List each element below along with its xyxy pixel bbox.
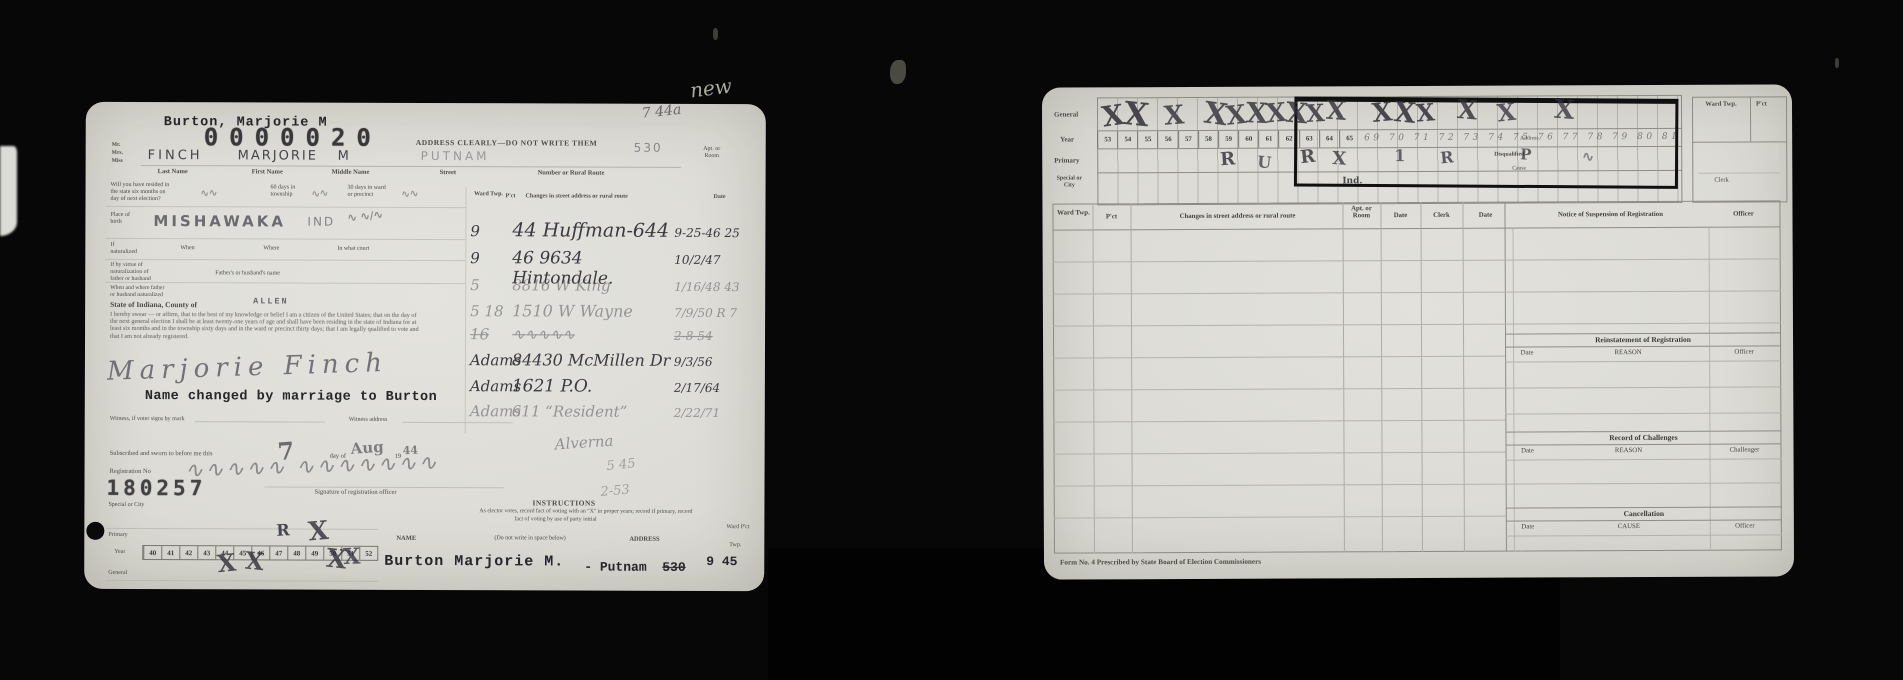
change-ward: 9 <box>470 249 512 267</box>
grid-label-primary: Primary <box>1054 157 1079 164</box>
handwritten-mark: X <box>1305 98 1325 128</box>
instructions-title: INSTRUCTIONS <box>532 499 595 506</box>
prefix-miss: Miss <box>112 158 123 165</box>
corner-note: 7 44a <box>641 102 682 122</box>
change-entry: 611 “Resident” <box>512 402 674 421</box>
question-residency: Will you have resided in the state six m… <box>110 182 169 204</box>
label-apt-or-room: Apt. or Room <box>696 146 728 161</box>
handwritten-mark: Ind. <box>1342 176 1362 186</box>
change-entry: ∿∿∿∿∿ <box>512 325 674 344</box>
col-notice: Notice of Suspension of Registration <box>1512 211 1708 219</box>
col-ward: Ward Twp. <box>1054 209 1092 217</box>
label-officer-signature: Signature of registration officer <box>314 489 396 496</box>
col-date2: Date <box>1464 212 1506 220</box>
handwritten-mark: X <box>1496 97 1518 128</box>
label-father-husband-name: Father's or husband's name <box>215 270 280 277</box>
year-cell: 43 <box>197 546 215 559</box>
handwritten-mark: R <box>1439 147 1454 167</box>
handwritten-mark: Aug <box>350 438 384 458</box>
change-date: 10/2/47 <box>674 253 762 267</box>
section-cancellation: Cancellation <box>1506 508 1782 518</box>
handwritten-mark: X <box>244 546 265 577</box>
name-underline <box>141 165 681 168</box>
challenges-date: Date <box>1506 447 1550 455</box>
film-speck <box>890 60 906 84</box>
label-no-write-hint: (Do not write in space below) <box>494 535 566 542</box>
affidavit-body: I hereby swear — or affirm, that to the … <box>110 311 422 341</box>
handwritten-mark: ∿ <box>1582 149 1594 165</box>
instructions-line1: As elector votes, record fact of voting … <box>479 508 759 516</box>
handwritten-mark: ∿∿ <box>200 188 217 200</box>
value-last-name: FINCH <box>148 148 203 163</box>
cancellation-date: Date <box>1506 523 1550 531</box>
year-cell: 40 <box>143 546 161 559</box>
label-where: Where <box>263 245 279 252</box>
col-clerk: Clerk <box>1422 212 1460 220</box>
handwritten-mark: X <box>1371 97 1394 129</box>
label-pct: P'ct <box>1756 100 1767 107</box>
film-speck <box>713 28 718 40</box>
label-number-rural-route: Number or Rural Route <box>538 169 605 176</box>
affidavit-county: ALLEN <box>253 296 289 306</box>
col-officer: Officer <box>1710 210 1776 218</box>
voter-signature: Marjorie Finch <box>107 348 389 387</box>
year-cell: 49 <box>305 547 323 560</box>
change-row: 5 181510 W Wayne7/9/50 R 7 <box>470 301 762 321</box>
year-cell: 53 <box>1097 131 1117 148</box>
handwritten-mark: P <box>1520 145 1532 164</box>
handwritten-mark: R <box>1219 148 1235 170</box>
change-ward: 5 <box>470 276 512 294</box>
section-reinstatement: Reinstatement of Registration <box>1505 334 1781 344</box>
grid-label-general: General <box>1054 111 1078 118</box>
rule <box>106 528 378 530</box>
bottom-typed-name: Burton Marjorie M. <box>384 553 564 571</box>
rule <box>465 187 467 433</box>
prefix-mrs: Mrs. <box>112 150 123 157</box>
change-ward: 5 18 <box>470 302 512 320</box>
value-birth-city: MISHAWAKA <box>153 212 286 230</box>
year-cell: 57 <box>1178 131 1198 148</box>
year-cell: 61 <box>1258 131 1278 148</box>
change-entry: 44 Huffman-644 <box>512 219 674 242</box>
ward-pct-box <box>1692 96 1787 202</box>
handwritten-mark: 1 <box>1394 146 1405 165</box>
handwritten-mark: U <box>1256 152 1271 172</box>
cancellation-officer: Officer <box>1712 522 1778 530</box>
changes-col-pct: P'ct <box>506 193 516 200</box>
label-place-of-birth: Place ofbirth <box>110 212 130 226</box>
grid-row-general: General <box>108 570 127 577</box>
rule <box>403 422 513 423</box>
affidavit-lead: State of Indiana, County of <box>110 301 197 309</box>
handwritten-mark: R <box>1299 146 1316 169</box>
label-ward-pct: Ward P'ct <box>726 524 749 531</box>
label-middle-name: Middle Name <box>332 169 370 176</box>
grid-label-year: Year <box>1060 136 1074 143</box>
grid-label-special: Special or City <box>1054 175 1084 190</box>
reinstatement-date: Date <box>1505 349 1549 357</box>
handwritten-mark: X <box>1163 100 1185 131</box>
question-ward: 30 days in wardor precinct <box>348 185 386 200</box>
right-card-marks: XXXXXXXXXXXXXXXXRURXInd.1RP∿ <box>1042 84 1792 87</box>
handwritten-mark: X <box>1122 94 1151 134</box>
grid-row-special: Special or City <box>108 502 144 509</box>
handwritten-note: 2-53 <box>600 482 630 499</box>
label-when: When <box>180 245 194 252</box>
change-date: 2-8-54 <box>674 329 762 343</box>
film-annotation-new: new <box>689 74 733 103</box>
change-date: 1/16/48 43 <box>674 280 762 294</box>
year-cell: 52 <box>359 547 377 560</box>
handwritten-mark: 44 <box>402 444 418 458</box>
change-date: 2/17/64 <box>674 381 762 395</box>
change-row: 16∿∿∿∿∿2-8-54 <box>470 325 762 344</box>
rule <box>105 259 465 261</box>
bottom-typed-number: 530 <box>662 560 685 575</box>
label-ward-twp: Ward Twp. <box>1698 101 1744 108</box>
handwritten-mark: X <box>1332 148 1347 170</box>
year-cell: 60 <box>1238 131 1258 148</box>
handwritten-mark: X <box>1415 97 1436 127</box>
change-date: 2/22/71 <box>674 406 762 420</box>
handwritten-mark: X <box>1553 95 1575 126</box>
challenges-reason: REASON <box>1554 447 1704 455</box>
change-ward: Adams <box>470 377 512 395</box>
instructions-line2: fact of voting by use of party initial <box>514 516 596 523</box>
grid-row-primary: Primary <box>108 532 127 539</box>
col-changes: Changes in street address or rural route <box>1134 212 1340 220</box>
label-father-when-naturalized: When and where fatheror husband naturali… <box>110 285 164 300</box>
header-instruction: ADDRESS CLEARLY—DO NOT WRITE THEM <box>416 139 598 147</box>
handwritten-mark: X <box>307 516 330 548</box>
section-challenges: Record of Challenges <box>1505 432 1781 442</box>
change-entry: 1510 W Wayne <box>512 301 674 321</box>
label-street: Street <box>440 169 457 176</box>
change-ward: 16 <box>470 325 512 343</box>
year-cell: 41 <box>161 546 179 559</box>
label-witness: Witness, if voter signs by mark <box>110 416 185 423</box>
label-clerk: Clerk <box>1714 177 1728 184</box>
handwritten-mark: ∿ ∿/∿ <box>347 208 384 225</box>
registration-card-front: Burton, Marjorie M 0000020 ADDRESS CLEAR… <box>84 102 766 591</box>
year-cell: 58 <box>1198 131 1218 148</box>
value-middle-name: M <box>338 149 349 164</box>
change-ward: Adams <box>470 351 512 369</box>
cancellation-cause: CAUSE <box>1554 523 1704 531</box>
handwritten-mark: X <box>216 547 237 578</box>
change-date: 9-25-46 25 <box>674 226 762 240</box>
label-twp: Twp. <box>729 542 741 549</box>
label-first-name: First Name <box>252 168 283 175</box>
handwritten-note: Alverna <box>554 432 614 454</box>
label-name: NAME <box>396 535 416 542</box>
change-row: 944 Huffman-6449-25-46 25 <box>470 219 762 242</box>
year-cell: 48 <box>287 547 305 560</box>
name-change-note: Name changed by marriage to Burton <box>145 389 438 405</box>
year-cell: 59 <box>1218 131 1238 148</box>
change-ward: Adams <box>470 402 512 420</box>
change-entry: 1621 P.O. <box>512 376 674 397</box>
year-cell: 56 <box>1158 131 1178 148</box>
value-birth-state: IND <box>307 215 335 229</box>
officer-signature: ∿∿∿∿∿ ∿∿∿∿∿∿∿ <box>184 451 439 484</box>
handwritten-mark: R <box>276 520 290 540</box>
label-witness-address: Witness address <box>349 417 388 424</box>
col-date: Date <box>1382 212 1418 220</box>
label-address: ADDRESS <box>629 536 659 543</box>
microfilm-scan: new Burton, Marjorie M 0000020 ADDRESS C… <box>0 0 1903 680</box>
bottom-typed-precinct: 9 45 <box>706 554 737 569</box>
film-speck <box>1835 58 1839 68</box>
handwritten-mark: ∿∿ <box>401 188 419 200</box>
col-apt: Apt. or Room <box>1344 205 1378 220</box>
label-if-naturalized: Ifnaturalized <box>110 242 137 256</box>
prefix-mr: Mr. <box>112 142 121 149</box>
changes-col-ward: Ward Twp. <box>474 191 504 198</box>
handwritten-mark: X <box>1456 95 1479 127</box>
stamped-box <box>1294 97 1679 189</box>
handwritten-mark: 7 <box>276 436 295 466</box>
change-row: Adams1621 P.O.2/17/64 <box>470 376 762 397</box>
label-last-name: Last Name <box>158 168 188 175</box>
changes-col-title: Changes in street address or rural route <box>526 193 628 201</box>
film-edge-blob <box>0 146 17 236</box>
rule <box>105 282 465 284</box>
bottom-typed-street: - Putnam <box>584 560 646 575</box>
change-ward: 9 <box>470 222 512 240</box>
handwritten-mark: X <box>1325 96 1347 127</box>
reinstatement-officer: Officer <box>1711 348 1777 356</box>
form-footer: Form No. 4 Prescribed by State Board of … <box>1060 559 1261 567</box>
handwritten-mark: X <box>1392 95 1417 130</box>
rule <box>105 238 465 240</box>
rule <box>106 580 378 582</box>
label-virtue-naturalization: If by virtue ofnaturalization offather o… <box>110 262 151 284</box>
rule <box>105 206 465 208</box>
grid-row-year: Year <box>114 549 125 556</box>
label-in-what-court: In what court <box>337 246 369 253</box>
challenges-challenger: Challenger <box>1712 446 1778 454</box>
changes-col-date: Date <box>714 194 726 201</box>
change-entry: 84430 McMillen Dr <box>512 350 674 370</box>
handwritten-note: 5 45 <box>606 456 636 474</box>
change-date: 7/9/50 R 7 <box>674 306 762 320</box>
registration-card-back: General Year Primary Special or City 535… <box>1042 84 1794 579</box>
question-township: 60 days intownship <box>271 184 296 198</box>
sworn-line-part1: Subscribed and sworn to before me this <box>110 450 213 458</box>
hole-punch <box>86 522 104 540</box>
change-row: Adams611 “Resident”2/22/71 <box>470 402 762 421</box>
value-number: 530 <box>634 141 663 155</box>
value-street: PUTNAM <box>421 149 490 163</box>
rule <box>195 421 325 422</box>
change-date: 9/3/56 <box>674 355 762 369</box>
col-pct: P'ct <box>1094 213 1128 221</box>
handwritten-mark: ∿∿ <box>311 188 329 201</box>
label-registration-no: Registration No <box>110 468 151 475</box>
change-row: Adams84430 McMillen Dr9/3/56 <box>470 350 762 370</box>
year-cell: 47 <box>269 546 287 559</box>
main-table-frame <box>1052 200 1782 553</box>
year-cell: 42 <box>179 546 197 559</box>
change-entry: 8816 W King <box>512 276 674 295</box>
change-row: 58816 W King1/16/48 43 <box>470 276 762 295</box>
handwritten-mark: X <box>1224 100 1247 132</box>
year-cell: 54 <box>1117 131 1137 148</box>
value-first-name: MARJORIE <box>238 148 318 163</box>
rule <box>1750 97 1751 143</box>
reinstatement-reason: REASON <box>1553 349 1703 357</box>
handwritten-mark: X <box>343 543 361 570</box>
